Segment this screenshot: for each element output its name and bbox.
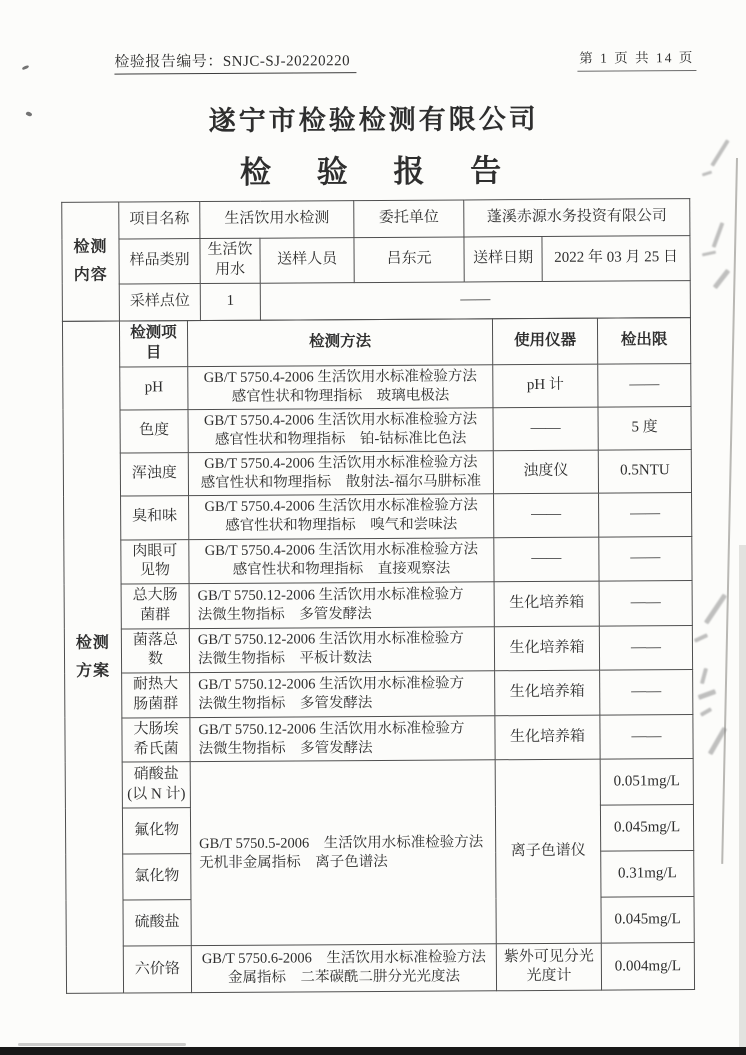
item-cell: 大肠埃希氏菌 [122, 718, 190, 763]
report-content: 检验报告编号：SNJC-SJ-20220220 第 1 页 共 14 页 遂宁市… [0, 0, 746, 995]
instrument-cell: 生化培养箱 [494, 626, 599, 671]
scan-bottom-bar [0, 1047, 746, 1055]
instrument-cell-ion-group: 离子色谱仪 [495, 760, 601, 945]
method-cell: GB/T 5750.4-2006 生活饮用水标准检验方法 感官性状和物理指标 铂… [188, 408, 493, 453]
report-number-label: 检验报告编号： [114, 54, 223, 71]
client-label: 委托单位 [354, 200, 464, 238]
limit-cell: 0.5NTU [598, 450, 691, 494]
method-cell: GB/T 5750.6-2006 生活饮用水标准检验方法 金属指标 二苯碳酰二肼… [191, 944, 496, 993]
limit-cell: 0.051mg/L [600, 759, 693, 806]
report-title: 检 验 报 告 [1, 144, 746, 194]
method-cell: GB/T 5750.4-2006 生活饮用水标准检验方法 感官性状和物理指标 散… [188, 451, 493, 496]
limit-cell: —— [598, 363, 691, 407]
page-header: 检验报告编号：SNJC-SJ-20220220 第 1 页 共 14 页 [114, 46, 696, 75]
col-header-limit: 检出限 [597, 317, 690, 363]
plan-row-ph: pH GB/T 5750.4-2006 生活饮用水标准检验方法 感官性状和物理指… [63, 363, 691, 410]
limit-cell: —— [599, 536, 692, 581]
col-header-method: 检测方法 [187, 318, 492, 366]
instrument-cell: —— [494, 493, 599, 537]
limit-cell: —— [599, 625, 692, 670]
item-cell: 氟化物 [122, 808, 190, 854]
report-number-value: SNJC-SJ-20220220 [223, 53, 350, 70]
method-cell: GB/T 5750.12-2006 生活饮用水标准检验方 法微生物指标 多管发酵… [190, 671, 495, 717]
delivery-date-label: 送样日期 [464, 236, 542, 281]
method-cell: GB/T 5750.12-2006 生活饮用水标准检验方 法微生物指标 多管发酵… [189, 582, 494, 628]
method-cell: GB/T 5750.12-2006 生活饮用水标准检验方 法微生物指标 多管发酵… [190, 716, 495, 762]
info-row-project: 检测 内容 项目名称 生活饮用水检测 委托单位 蓬溪赤源水务投资有限公司 [62, 199, 690, 240]
page-indicator: 第 1 页 共 14 页 [577, 46, 696, 72]
plan-row-turbidity: 浑浊度 GB/T 5750.4-2006 生活饮用水标准检验方法 感官性状和物理… [63, 450, 691, 497]
limit-cell: —— [599, 581, 692, 626]
limit-cell: 0.31mg/L [601, 851, 694, 898]
plan-row-color: 色度 GB/T 5750.4-2006 生活饮用水标准检验方法 感官性状和物理指… [63, 406, 691, 453]
project-name-value: 生活饮用水检测 [200, 201, 354, 239]
item-cell: 浑浊度 [120, 453, 188, 497]
deliverer-value: 吕东元 [354, 237, 464, 282]
col-header-instrument: 使用仪器 [492, 318, 597, 365]
method-cell-ion-group: GB/T 5750.5-2006 生活饮用水标准检验方法 无机非金属指标 离子色… [190, 760, 496, 946]
item-cell: 肉眼可见物 [121, 539, 189, 584]
item-cell: 臭和味 [121, 496, 189, 540]
limit-cell: 5 度 [598, 406, 691, 450]
section-label-test-plan: 检测 方案 [62, 321, 123, 994]
limit-cell: 0.004mg/L [601, 943, 694, 991]
company-name: 遂宁市检验检测有限公司 [1, 96, 746, 140]
project-name-label: 项目名称 [119, 202, 200, 239]
instrument-cell: 生化培养箱 [495, 670, 600, 715]
plan-row-total-coliform: 总大肠菌群 GB/T 5750.12-2006 生活饮用水标准检验方 法微生物指… [64, 581, 692, 629]
instrument-cell: —— [493, 407, 598, 451]
plan-row-heat-resistant-coliform: 耐热大肠菌群 GB/T 5750.12-2006 生活饮用水标准检验方 法微生物… [65, 670, 693, 718]
item-cell: 总大肠菌群 [121, 584, 189, 629]
item-cell: 氯化物 [123, 854, 191, 900]
item-cell: 硫酸盐 [123, 900, 191, 946]
plan-row-visible-matter: 肉眼可见物 GB/T 5750.4-2006 生活饮用水标准检验方法 感官性状和… [64, 536, 692, 584]
item-cell: 六价铬 [123, 946, 191, 993]
sampling-point-value: 1 [200, 283, 260, 320]
section-label-test-content: 检测 内容 [62, 202, 120, 321]
scanned-report-page: 检验报告编号：SNJC-SJ-20220220 第 1 页 共 14 页 遂宁市… [0, 0, 746, 1055]
sampling-point-label: 采样点位 [119, 283, 200, 320]
item-cell: pH [120, 366, 188, 410]
instrument-cell: —— [494, 537, 599, 582]
report-number: 检验报告编号：SNJC-SJ-20220220 [114, 49, 356, 74]
sample-type-label: 样品类别 [119, 239, 200, 284]
limit-cell: —— [600, 670, 693, 715]
plan-row-odor: 臭和味 GB/T 5750.4-2006 生活饮用水标准检验方法 感官性状和物理… [64, 493, 692, 540]
item-cell: 色度 [120, 409, 188, 453]
plan-row-nitrate: 硝酸盐 (以 N 计) GB/T 5750.5-2006 生活饮用水标准检验方法… [65, 759, 693, 809]
test-plan-table: 检测 方案 检测项目 检测方法 使用仪器 检出限 pH GB/T 5750.4-… [62, 317, 695, 995]
sample-info-table: 检测 内容 项目名称 生活饮用水检测 委托单位 蓬溪赤源水务投资有限公司 样品类… [61, 198, 691, 321]
scan-smudge [18, 1043, 186, 1046]
instrument-cell: 生化培养箱 [495, 715, 600, 760]
instrument-cell: 紫外可见分光光度计 [496, 944, 601, 992]
limit-cell: 0.045mg/L [600, 805, 693, 852]
method-cell: GB/T 5750.4-2006 生活饮用水标准检验方法 感官性状和物理指标 嗅… [189, 494, 494, 539]
limit-cell: —— [599, 493, 692, 537]
deliverer-label: 送样人员 [260, 238, 354, 283]
limit-cell: 0.045mg/L [601, 897, 694, 944]
instrument-cell: pH 计 [493, 364, 598, 408]
sample-type-value: 生活饮用水 [200, 238, 260, 283]
method-cell: GB/T 5750.12-2006 生活饮用水标准检验方 法微生物指标 平板计数… [189, 626, 494, 672]
plan-row-ecoli: 大肠埃希氏菌 GB/T 5750.12-2006 生活饮用水标准检验方 法微生物… [65, 714, 693, 762]
method-cell: GB/T 5750.4-2006 生活饮用水标准检验方法 感官性状和物理指标 玻… [188, 364, 493, 409]
item-cell: 耐热大肠菌群 [122, 673, 190, 718]
info-row-sample: 样品类别 生活饮用水 送样人员 吕东元 送样日期 2022 年 03 月 25 … [62, 236, 690, 284]
plan-row-hexavalent-chromium: 六价铬 GB/T 5750.6-2006 生活饮用水标准检验方法 金属指标 二苯… [66, 943, 694, 994]
delivery-date-value: 2022 年 03 月 25 日 [542, 236, 690, 281]
info-row-sampling-point: 采样点位 1 —— [62, 280, 690, 321]
plan-header-row: 检测 方案 检测项目 检测方法 使用仪器 检出限 [62, 317, 690, 367]
item-cell: 菌落总数 [121, 628, 189, 673]
method-cell: GB/T 5750.4-2006 生活饮用水标准检验方法 感官性状和物理指标 直… [189, 537, 494, 583]
instrument-cell: 浊度仪 [493, 450, 598, 494]
sampling-point-note: —— [260, 280, 690, 320]
col-header-item: 检测项目 [119, 320, 187, 366]
plan-row-colony-count: 菌落总数 GB/T 5750.12-2006 生活饮用水标准检验方 法微生物指标… [64, 625, 692, 673]
item-cell: 硝酸盐 (以 N 计) [122, 762, 190, 808]
instrument-cell: 生化培养箱 [494, 581, 599, 626]
client-value: 蓬溪赤源水务投资有限公司 [464, 199, 690, 237]
limit-cell: —— [600, 714, 693, 759]
